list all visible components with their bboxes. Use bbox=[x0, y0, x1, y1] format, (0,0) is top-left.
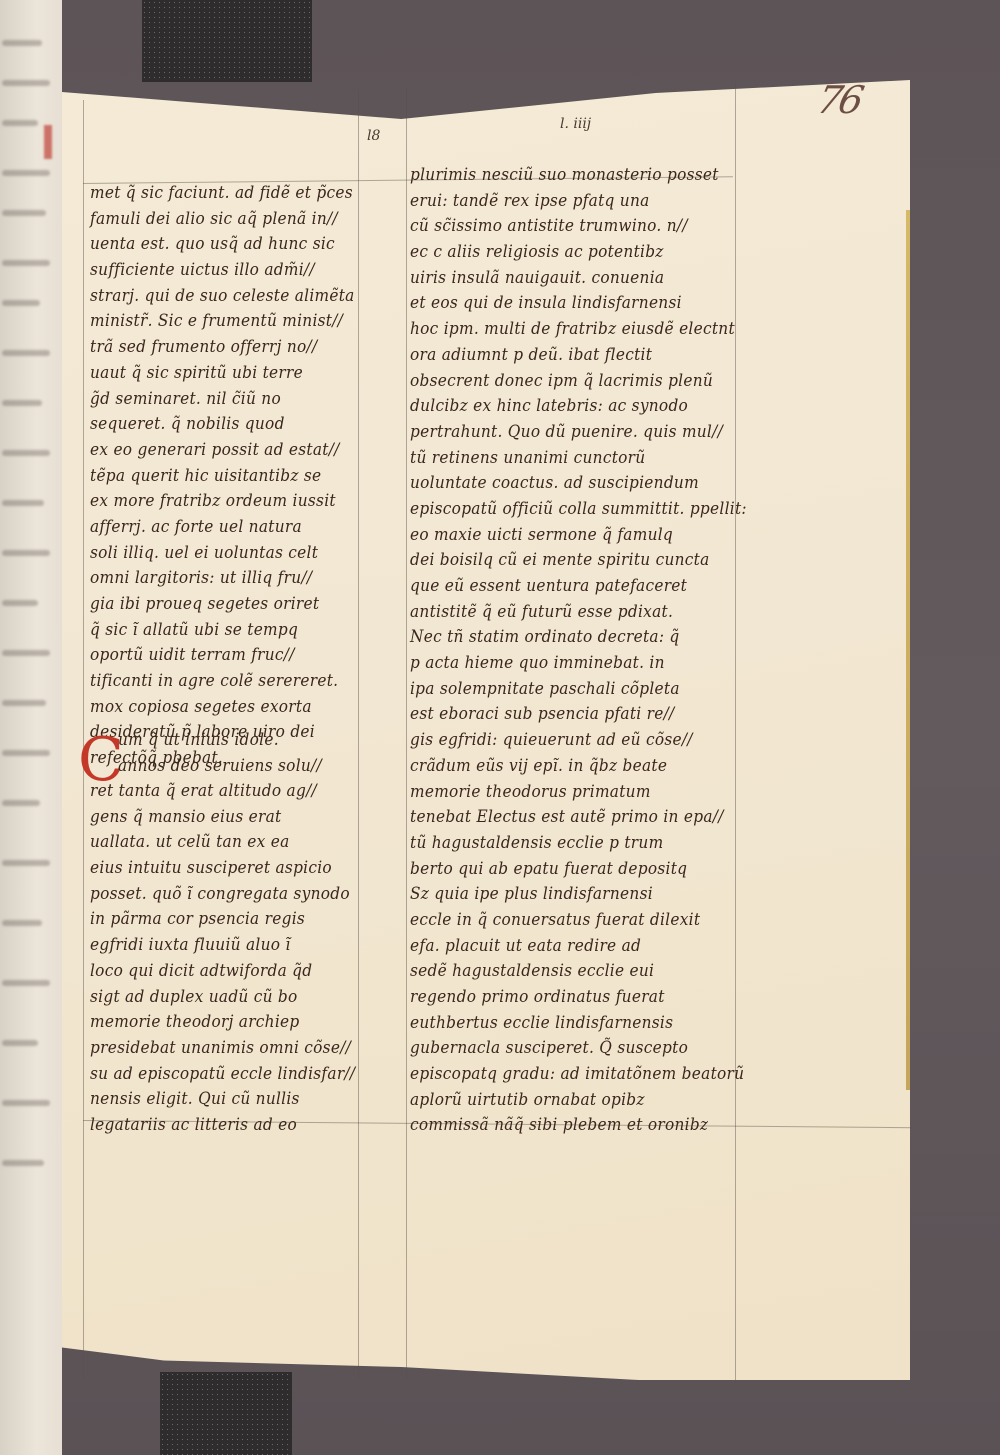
text-line: erui: tandẽ rex ipse pfatq una bbox=[410, 188, 747, 214]
text-line: in pãrma cor psencia regis bbox=[90, 906, 355, 932]
text-line: mox copiosa segetes exorta bbox=[90, 694, 355, 720]
text-line: plurimis nesciũ suo monasterio posset bbox=[410, 162, 747, 188]
running-head-right: l. iiij bbox=[560, 116, 591, 132]
text-line: um q̃ ut iniuis idole. bbox=[118, 727, 322, 753]
text-line: crãdum eũs vij epĩ. in q̃bz beate bbox=[410, 753, 747, 779]
running-head-left: l8 bbox=[367, 128, 380, 144]
text-line: commissã nãq̃ sibi plebem et oronibz bbox=[410, 1112, 747, 1138]
text-line: et eos qui de insula lindisfarnensi bbox=[410, 290, 747, 316]
text-line: soli illiq. uel ei uoluntas celt bbox=[90, 540, 355, 566]
text-line: sedẽ hagustaldensis ecclie eui bbox=[410, 958, 747, 984]
text-line: memorie theodorus primatum bbox=[410, 779, 747, 805]
text-line: eo maxie uicti sermone q̃ famulq bbox=[410, 522, 747, 548]
text-line: ret tanta q̃ erat altitudo ag// bbox=[90, 778, 355, 804]
text-line: obsecrent donec ipm q̃ lacrimis plenũ bbox=[410, 368, 747, 394]
text-line: gens q̃ mansio eius erat bbox=[90, 804, 355, 830]
text-line: episcopatq gradu: ad imitatõnem beatorũ bbox=[410, 1061, 747, 1087]
text-line: oportũ uidit terram fruc// bbox=[90, 642, 355, 668]
text-line: gia ibi proueq segetes oriret bbox=[90, 591, 355, 617]
text-line: est eboraci sub psencia pfati re// bbox=[410, 701, 747, 727]
text-line: omni largitoris: ut illiq fru// bbox=[90, 565, 355, 591]
text-line: pertrahunt. Quo dũ puenire. quis mul// bbox=[410, 419, 747, 445]
text-line: tũ retinens unanimi cunctorũ bbox=[410, 445, 747, 471]
ruling-line bbox=[406, 88, 407, 1380]
text-line: episcopatũ officiũ colla summittit. ppel… bbox=[410, 496, 747, 522]
text-line: uallata. ut celũ tan ex ea bbox=[90, 829, 355, 855]
text-line: posset. quõ ĩ congregata synodo bbox=[90, 881, 355, 907]
text-line: famuli dei alio sic aq̃ plenã in// bbox=[90, 206, 355, 232]
text-line: uiris insulã nauigauit. conuenia bbox=[410, 265, 747, 291]
text-column-left-chapter: um q̃ ut iniuis idole. annos deo seruien… bbox=[118, 727, 337, 778]
text-line: berto qui ab epatu fuerat depositq bbox=[410, 856, 747, 882]
text-line: sequeret. q̃ nobilis quod bbox=[90, 411, 355, 437]
text-line: Sz quia ipe plus lindisfarnensi bbox=[410, 881, 747, 907]
text-line: afferrj. ac forte uel natura bbox=[90, 514, 355, 540]
text-line: q̃ sic ĩ allatũ ubi se tempq bbox=[90, 617, 355, 643]
text-line: antistitẽ q̃ eũ futurũ esse pdixat. bbox=[410, 599, 747, 625]
text-column-left-continued: ret tanta q̃ erat altitudo ag// gens q̃ … bbox=[90, 778, 375, 1138]
foam-support-top bbox=[142, 0, 312, 82]
text-line: dulcibz ex hinc latebris: ac synodo bbox=[410, 393, 747, 419]
text-line: su ad episcopatũ eccle lindisfar// bbox=[90, 1061, 355, 1087]
text-line: tificanti in agre colẽ serereret. bbox=[90, 668, 355, 694]
text-line: annos deo seruiens solu// bbox=[118, 753, 322, 779]
text-line: euthbertus ecclie lindisfarnensis bbox=[410, 1010, 747, 1036]
text-line: g̃d seminaret. nil c̃iũ no bbox=[90, 386, 355, 412]
text-line: strarj. qui de suo celeste alimẽta bbox=[90, 283, 355, 309]
text-line: efa. placuit ut eata redire ad bbox=[410, 933, 747, 959]
text-line: ex more fratribz ordeum iussit bbox=[90, 488, 355, 514]
text-line: memorie theodorj archiep bbox=[90, 1009, 355, 1035]
text-line: cũ sc̃issimo antistite trumwino. n// bbox=[410, 213, 747, 239]
text-line: regendo primo ordinatus fuerat bbox=[410, 984, 747, 1010]
text-line: tũ hagustaldensis ecclie p trum bbox=[410, 830, 747, 856]
text-column-right: plurimis nesciũ suo monasterio posset er… bbox=[410, 162, 772, 1138]
text-line: que eũ essent uentura patefaceret bbox=[410, 573, 747, 599]
text-line: Nec tñ statim ordinato decreta: q̃ bbox=[410, 624, 747, 650]
text-column-left: met q̃ sic faciunt. ad fidẽ et p̃ces fam… bbox=[90, 180, 375, 771]
text-line: sigt ad duplex uadũ cũ bo bbox=[90, 984, 355, 1010]
text-line: uaut q̃ sic spiritũ ubi terre bbox=[90, 360, 355, 386]
text-line: ex eo generari possit ad estat// bbox=[90, 437, 355, 463]
text-line: uenta est. quo usq̃ ad hunc sic bbox=[90, 231, 355, 257]
text-line: p acta hieme quo imminebat. in bbox=[410, 650, 747, 676]
facing-page-edge bbox=[0, 0, 62, 1455]
text-line: aplorũ uirtutib ornabat opibz bbox=[410, 1087, 747, 1113]
text-line: tẽpa querit hic uisitantibz se bbox=[90, 463, 355, 489]
gilt-edge bbox=[906, 210, 910, 1090]
text-line: egfridi iuxta fluuiũ aluo ĩ bbox=[90, 932, 355, 958]
text-line: dei boisilq cũ ei mente spiritu cuncta bbox=[410, 547, 747, 573]
text-line: ec c aliis religiosis ac potentibz bbox=[410, 239, 747, 265]
foam-support-bottom bbox=[160, 1372, 292, 1455]
text-line: uoluntate coactus. ad suscipiendum bbox=[410, 470, 747, 496]
text-line: met q̃ sic faciunt. ad fidẽ et p̃ces bbox=[90, 180, 355, 206]
text-line: sufficiente uictus illo adm̃i// bbox=[90, 257, 355, 283]
text-line: ministr̃. Sic e frumentũ minist// bbox=[90, 308, 355, 334]
text-line: ora adiumnt p deũ. ibat flectit bbox=[410, 342, 747, 368]
text-line: eccle in q̃ conuersatus fuerat dilexit bbox=[410, 907, 747, 933]
text-line: presidebat unanimis omni cõse// bbox=[90, 1035, 355, 1061]
text-line: gubernacla susciperet. Q̃ suscepto bbox=[410, 1035, 747, 1061]
text-line: nensis eligit. Qui cũ nullis bbox=[90, 1086, 355, 1112]
text-line: tenebat Electus est autẽ primo in epa// bbox=[410, 804, 747, 830]
text-line: legatariis ac litteris ad eo bbox=[90, 1112, 355, 1138]
text-line: hoc ipm. multi de fratribz eiusdẽ electn… bbox=[410, 316, 747, 342]
text-line: trã sed frumento offerrj no// bbox=[90, 334, 355, 360]
text-line: eius intuitu susciperet aspicio bbox=[90, 855, 355, 881]
text-line: gis egfridi: quieuerunt ad eũ cõse// bbox=[410, 727, 747, 753]
text-line: loco qui dicit adtwiforda q̃d bbox=[90, 958, 355, 984]
text-line: ipa solempnitate paschali cõpleta bbox=[410, 676, 747, 702]
